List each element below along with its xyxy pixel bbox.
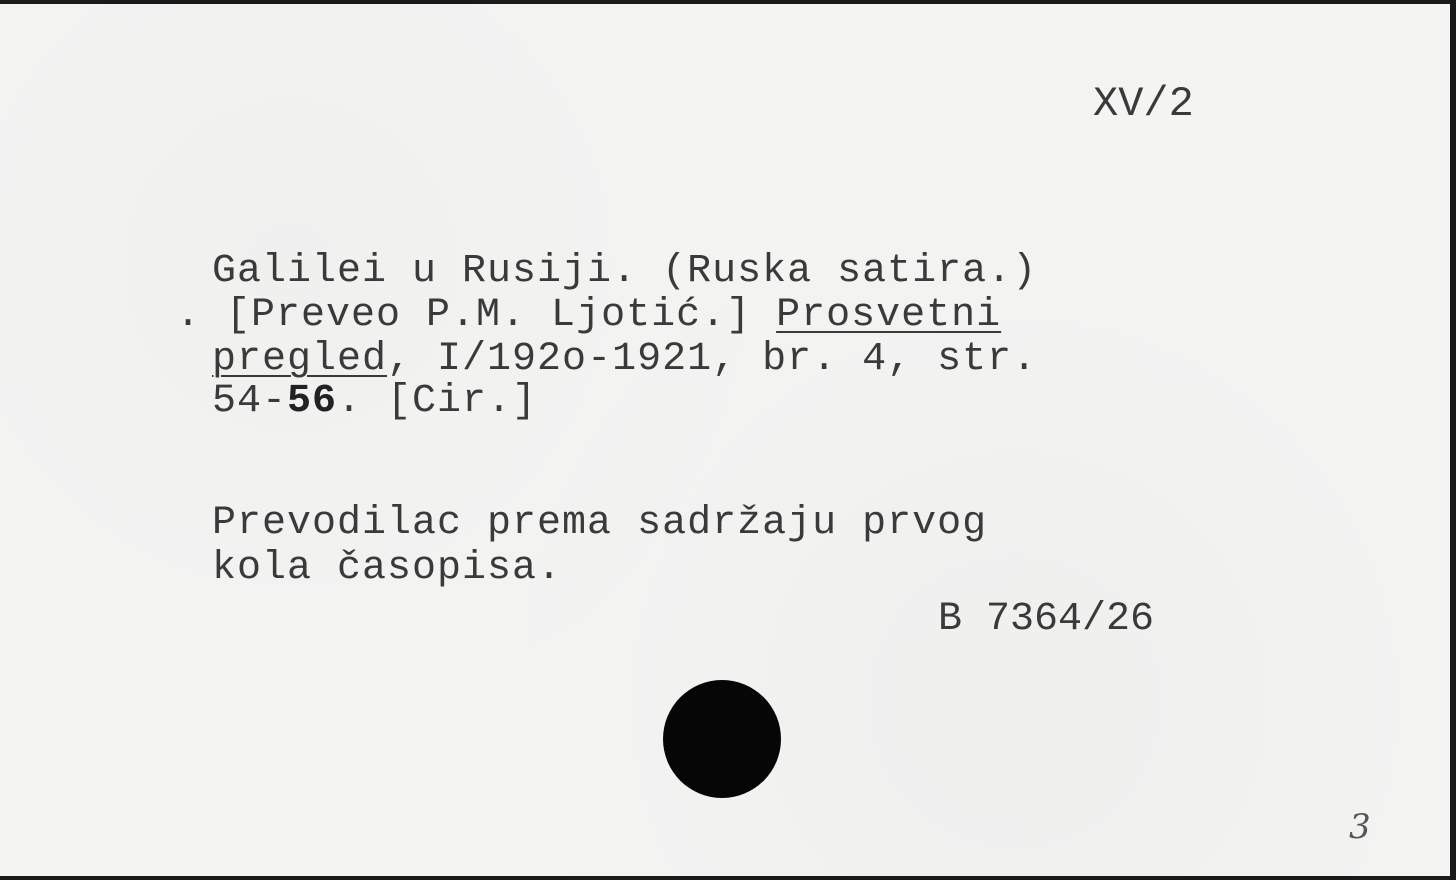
issue-details: , I/192o-1921, br. 4, str. [387, 337, 1037, 382]
entry-title: Galilei u Rusiji. (Ruska satira.) [212, 252, 1037, 292]
catalog-card: XV/2 Galilei u Rusiji. (Ruska satira.) .… [0, 4, 1450, 876]
shelfmark: B 7364/26 [938, 600, 1154, 640]
journal-title-part2: pregled [212, 337, 387, 382]
entry-journal-line: pregled, I/192o-1921, br. 4, str. [212, 340, 1037, 380]
call-number: XV/2 [1093, 83, 1194, 125]
note-line-2: kola časopisa. [212, 549, 562, 589]
translator-note: . [Preveo P.M. Ljotić.] [176, 293, 776, 338]
script-note: . [Cir.] [337, 379, 537, 424]
punch-hole [663, 680, 781, 798]
entry-pages-line: 54-56. [Cir.] [212, 382, 537, 422]
handwritten-mark: 3 [1349, 807, 1371, 847]
pages-end: 56 [287, 379, 337, 424]
entry-translator-line: . [Preveo P.M. Ljotić.] Prosvetni [176, 296, 1001, 336]
note-line-1: Prevodilac prema sadržaju prvog [212, 504, 987, 544]
pages-start: 54- [212, 379, 287, 424]
journal-title-part1: Prosvetni [776, 293, 1001, 338]
